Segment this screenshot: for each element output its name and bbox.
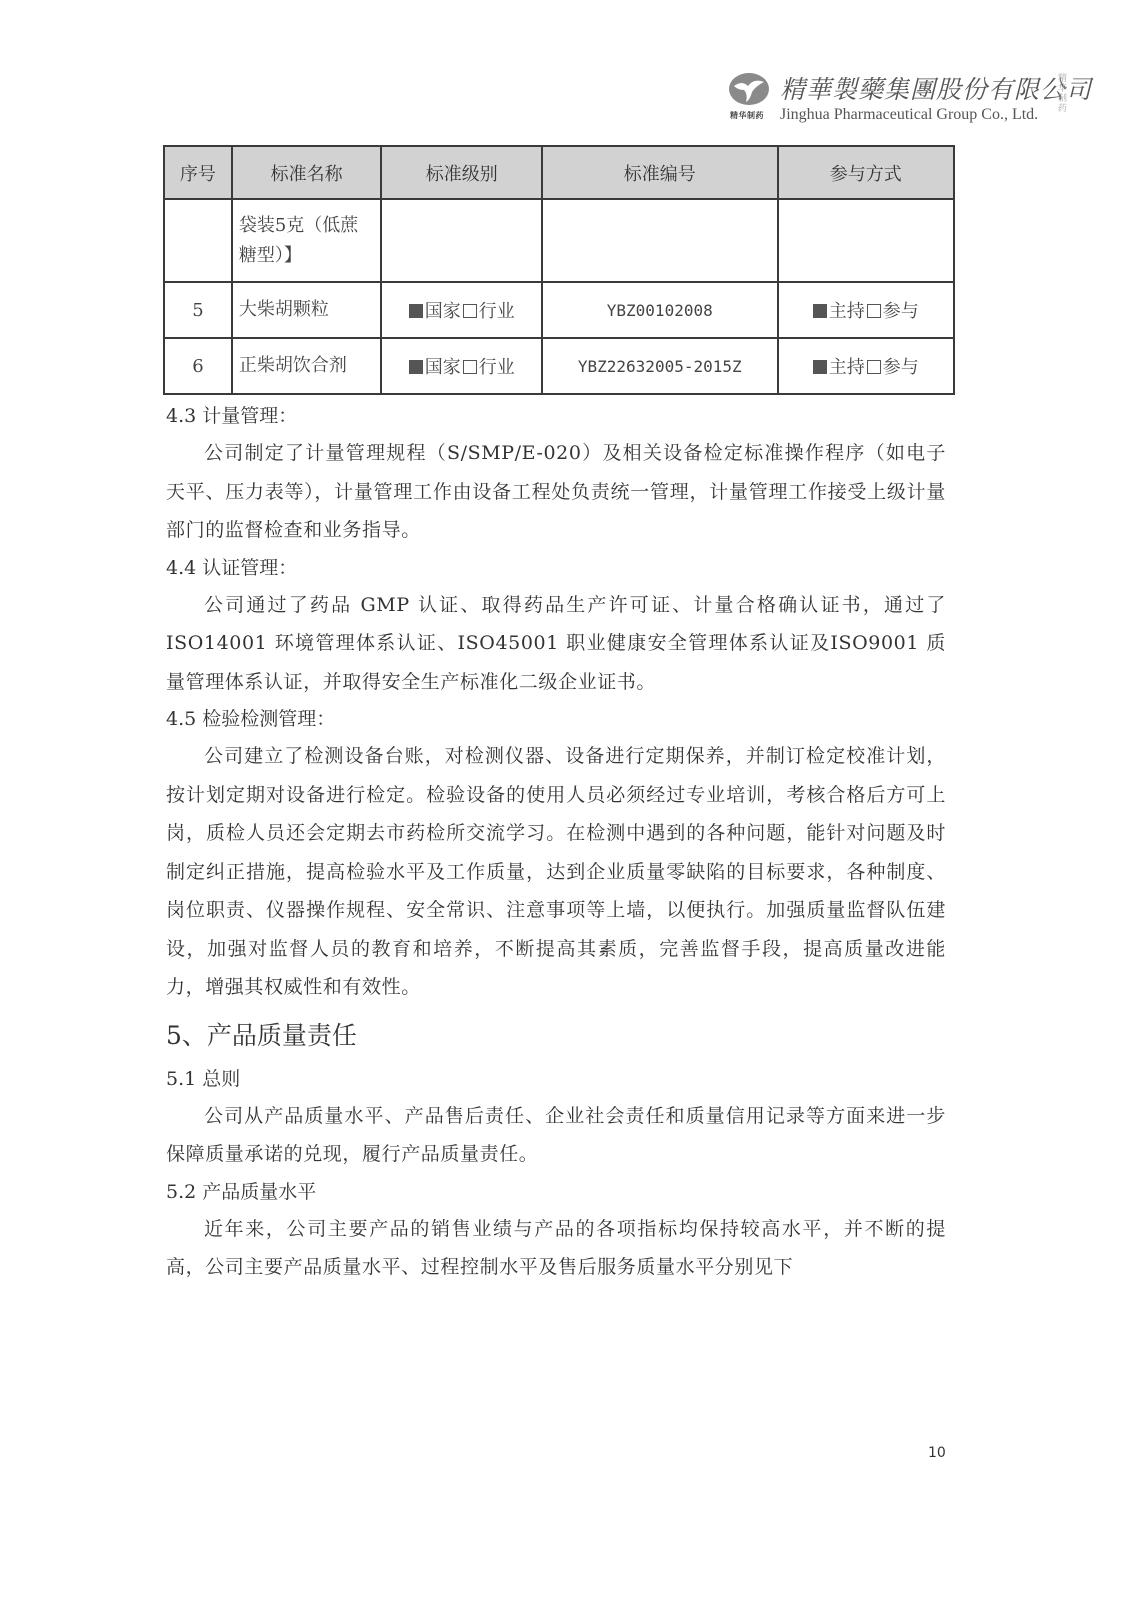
- section-heading-4-5: 4.5 检验检测管理：: [166, 701, 946, 737]
- cell-participation: [778, 199, 954, 282]
- company-name-en: Jinghua Pharmaceutical Group Co., Ltd.: [780, 106, 1038, 124]
- checked-box-icon: [409, 360, 423, 374]
- cell-participation: 主持参与: [778, 282, 954, 338]
- cell-no: [164, 199, 232, 282]
- seal-stamp: 精华制药: [1058, 74, 1070, 114]
- participation-host-label: 主持: [829, 357, 865, 378]
- logo-caption: 精华制药: [730, 110, 764, 121]
- document-body: 4.3 计量管理： 公司制定了计量管理规程（S/SMP/E-020）及相关设备检…: [166, 398, 946, 1287]
- level-national-label: 国家: [425, 301, 461, 322]
- table-row: 5 大柴胡颗粒 国家行业 YBZ00102008 主持参与: [164, 282, 954, 338]
- participation-host-label: 主持: [829, 301, 865, 322]
- standards-table: 序号 标准名称 标准级别 标准编号 参与方式 袋装5克（低蔗糖型）】 5 大柴胡…: [163, 145, 955, 395]
- checked-box-icon: [813, 304, 827, 318]
- section-body-5-1: 公司从产品质量水平、产品售后责任、企业社会责任和质量信用记录等方面来进一步保障质…: [166, 1097, 946, 1174]
- section-body-4-3: 公司制定了计量管理规程（S/SMP/E-020）及相关设备检定标准操作程序（如电…: [166, 434, 946, 550]
- section-body-4-4: 公司通过了药品 GMP 认证、取得药品生产许可证、计量合格确认证书，通过了 IS…: [166, 586, 946, 702]
- table-row: 6 正柴胡饮合剂 国家行业 YBZ22632005-2015Z 主持参与: [164, 338, 954, 394]
- company-name-cn: 精華製藥集團股份有限公司: [780, 70, 1092, 106]
- section-heading-4-3: 4.3 计量管理：: [166, 398, 946, 434]
- cell-code: YBZ22632005-2015Z: [542, 338, 778, 394]
- column-header-name: 标准名称: [232, 146, 382, 199]
- unchecked-box-icon: [463, 304, 477, 318]
- table-header-row: 序号 标准名称 标准级别 标准编号 参与方式: [164, 146, 954, 199]
- column-header-no: 序号: [164, 146, 232, 199]
- unchecked-box-icon: [867, 360, 881, 374]
- checked-box-icon: [813, 360, 827, 374]
- cell-level: 国家行业: [381, 282, 541, 338]
- cell-participation: 主持参与: [778, 338, 954, 394]
- cell-no: 6: [164, 338, 232, 394]
- cell-name: 正柴胡饮合剂: [232, 338, 382, 394]
- cell-level: [381, 199, 541, 282]
- section-heading-5-1: 5.1 总则: [166, 1061, 946, 1097]
- unchecked-box-icon: [867, 304, 881, 318]
- cell-name: 大柴胡颗粒: [232, 282, 382, 338]
- cell-level: 国家行业: [381, 338, 541, 394]
- table-row: 袋装5克（低蔗糖型）】: [164, 199, 954, 282]
- level-industry-label: 行业: [479, 301, 515, 322]
- checked-box-icon: [409, 304, 423, 318]
- section-body-5-2: 近年来，公司主要产品的销售业绩与产品的各项指标均保持较高水平，并不断的提高，公司…: [166, 1210, 946, 1287]
- page-number: 10: [928, 1445, 946, 1461]
- section-body-4-5: 公司建立了检测设备台账，对检测仪器、设备进行定期保养，并制订检定校准计划，按计划…: [166, 737, 946, 1007]
- unchecked-box-icon: [463, 360, 477, 374]
- cell-name: 袋装5克（低蔗糖型）】: [232, 199, 382, 282]
- section-heading-4-4: 4.4 认证管理：: [166, 550, 946, 586]
- level-industry-label: 行业: [479, 357, 515, 378]
- cell-code: [542, 199, 778, 282]
- page-header: 精华制药 精華製藥集團股份有限公司 Jinghua Pharmaceutical…: [728, 68, 1088, 128]
- section-heading-5-2: 5.2 产品质量水平: [166, 1174, 946, 1210]
- level-national-label: 国家: [425, 357, 461, 378]
- column-header-code: 标准编号: [542, 146, 778, 199]
- participation-join-label: 参与: [883, 357, 919, 378]
- section-heading-5: 5、产品质量责任: [166, 1015, 946, 1057]
- company-logo-icon: [728, 72, 770, 106]
- column-header-level: 标准级别: [381, 146, 541, 199]
- cell-no: 5: [164, 282, 232, 338]
- column-header-participation: 参与方式: [778, 146, 954, 199]
- cell-code: YBZ00102008: [542, 282, 778, 338]
- participation-join-label: 参与: [883, 301, 919, 322]
